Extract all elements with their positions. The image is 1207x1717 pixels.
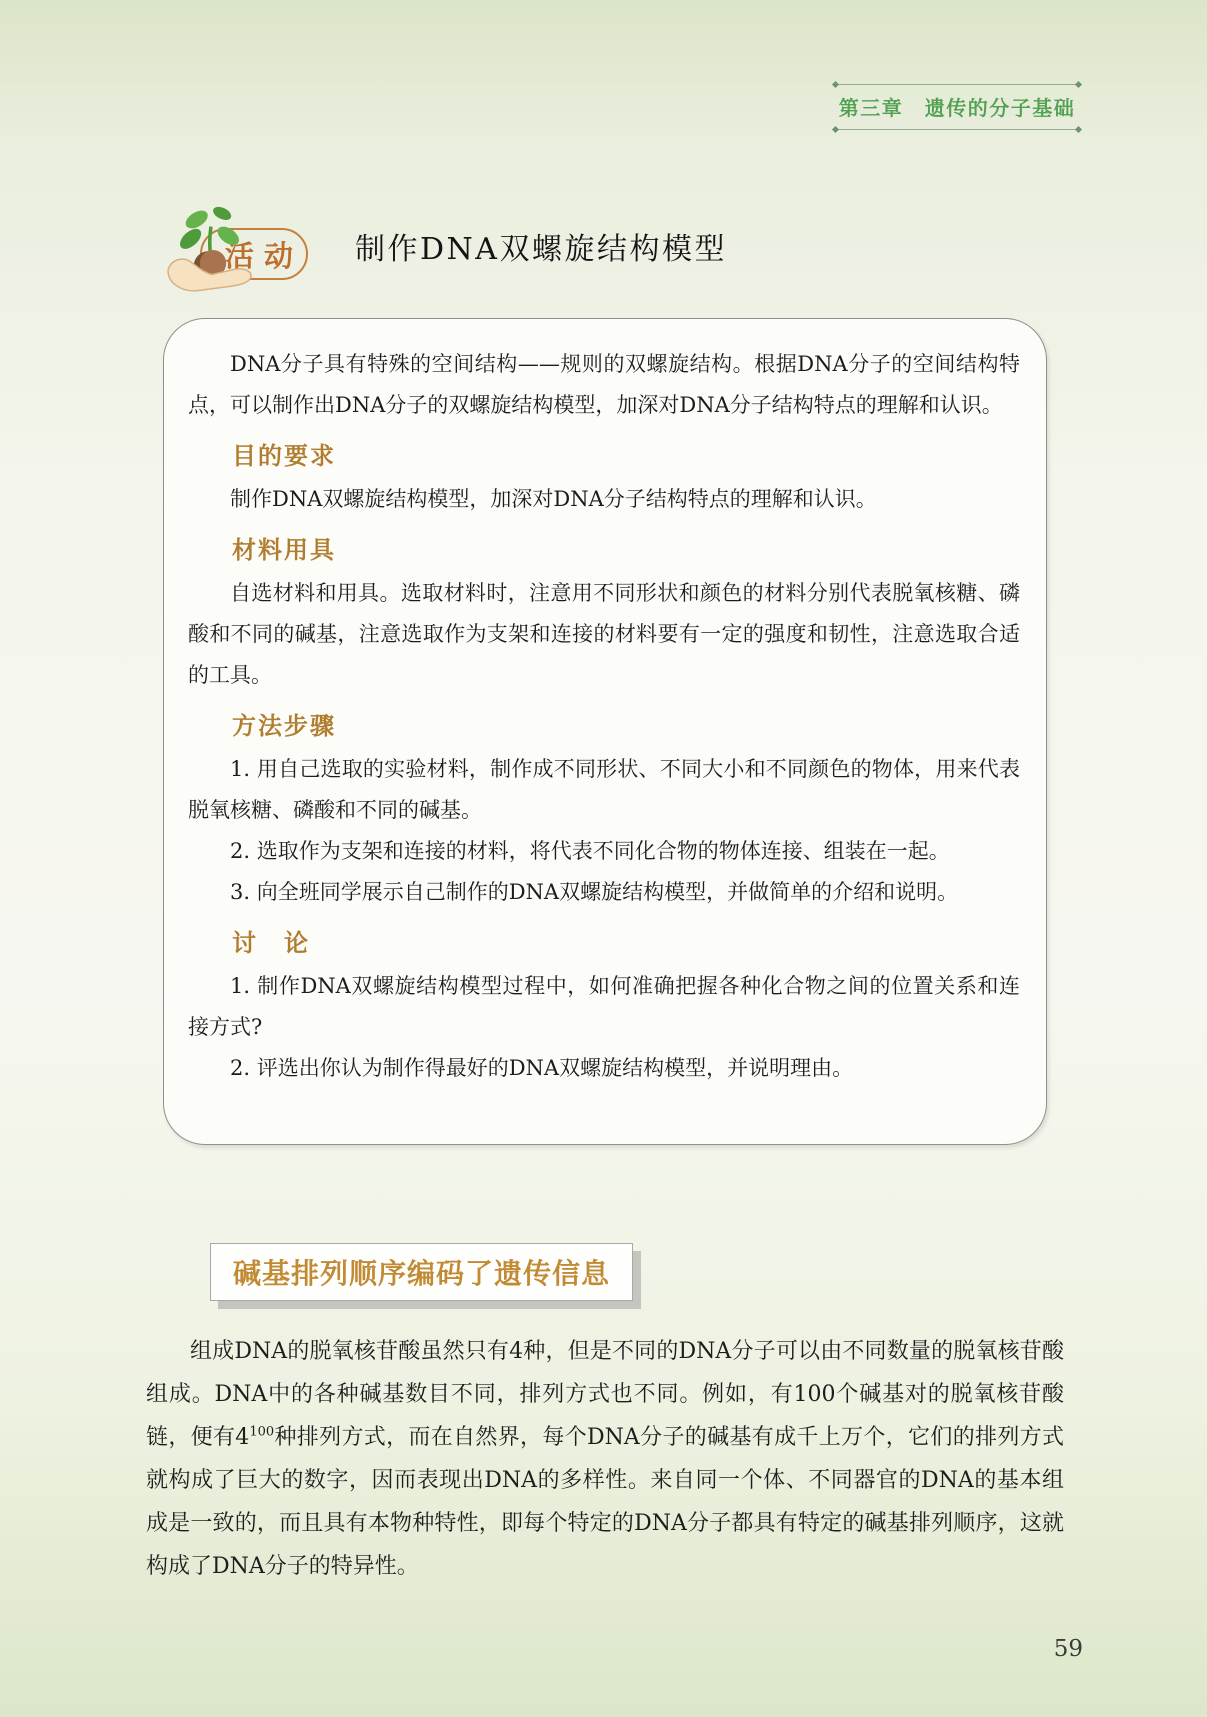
body-paragraph: 组成DNA的脱氧核苷酸虽然只有4种，但是不同的DNA分子可以由不同数量的脱氧核苷… xyxy=(146,1330,1064,1588)
materials-heading: 材料用具 xyxy=(232,534,1020,566)
method-step: 1. 用自己选取的实验材料，制作成不同形状、不同大小和不同颜色的物体，用来代表脱… xyxy=(188,749,1020,831)
activity-box: DNA分子具有特殊的空间结构——规则的双螺旋结构。根据DNA分子的空间结构特点，… xyxy=(163,318,1047,1145)
activity-title: 制作DNA双螺旋结构模型 xyxy=(355,224,727,268)
materials-text: 自选材料和用具。选取材料时，注意用不同形状和颜色的材料分别代表脱氧核糖、磷酸和不… xyxy=(188,573,1020,696)
activity-intro: DNA分子具有特殊的空间结构——规则的双螺旋结构。根据DNA分子的空间结构特点，… xyxy=(188,344,1020,426)
activity-badge: 活 动 xyxy=(158,196,318,296)
method-step: 2. 选取作为支架和连接的材料，将代表不同化合物的物体连接、组装在一起。 xyxy=(188,831,1020,872)
purpose-heading: 目的要求 xyxy=(232,440,1020,472)
methods-heading: 方法步骤 xyxy=(232,710,1020,742)
chapter-title: 第三章 遗传的分子基础 xyxy=(835,85,1079,129)
seedling-in-hand-icon xyxy=(158,196,270,298)
discussion-item: 1. 制作DNA双螺旋结构模型过程中，如何准确把握各种化合物之间的位置关系和连接… xyxy=(188,966,1020,1048)
chapter-header: 第三章 遗传的分子基础 xyxy=(835,84,1079,130)
discussion-heading: 讨 论 xyxy=(232,927,1020,959)
header-rule-top xyxy=(835,84,1079,85)
section-title: 碱基排列顺序编码了遗传信息 xyxy=(210,1243,633,1301)
page-number: 59 xyxy=(1054,1636,1083,1662)
discussion-item: 2. 评选出你认为制作得最好的DNA双螺旋结构模型，并说明理由。 xyxy=(188,1048,1020,1089)
header-rule-bottom xyxy=(835,129,1079,130)
method-step: 3. 向全班同学展示自己制作的DNA双螺旋结构模型，并做简单的介绍和说明。 xyxy=(188,872,1020,913)
body-paragraph-part2: 种排列方式，而在自然界，每个DNA分子的碱基有成千上万个，它们的排列方式就构成了… xyxy=(146,1425,1064,1579)
textbook-page: 第三章 遗传的分子基础 活 动 制作DNA双螺旋结构模型 DNA分子具有特殊的空… xyxy=(0,0,1207,1717)
exponent: 100 xyxy=(249,1425,274,1440)
purpose-text: 制作DNA双螺旋结构模型，加深对DNA分子结构特点的理解和认识。 xyxy=(188,479,1020,520)
